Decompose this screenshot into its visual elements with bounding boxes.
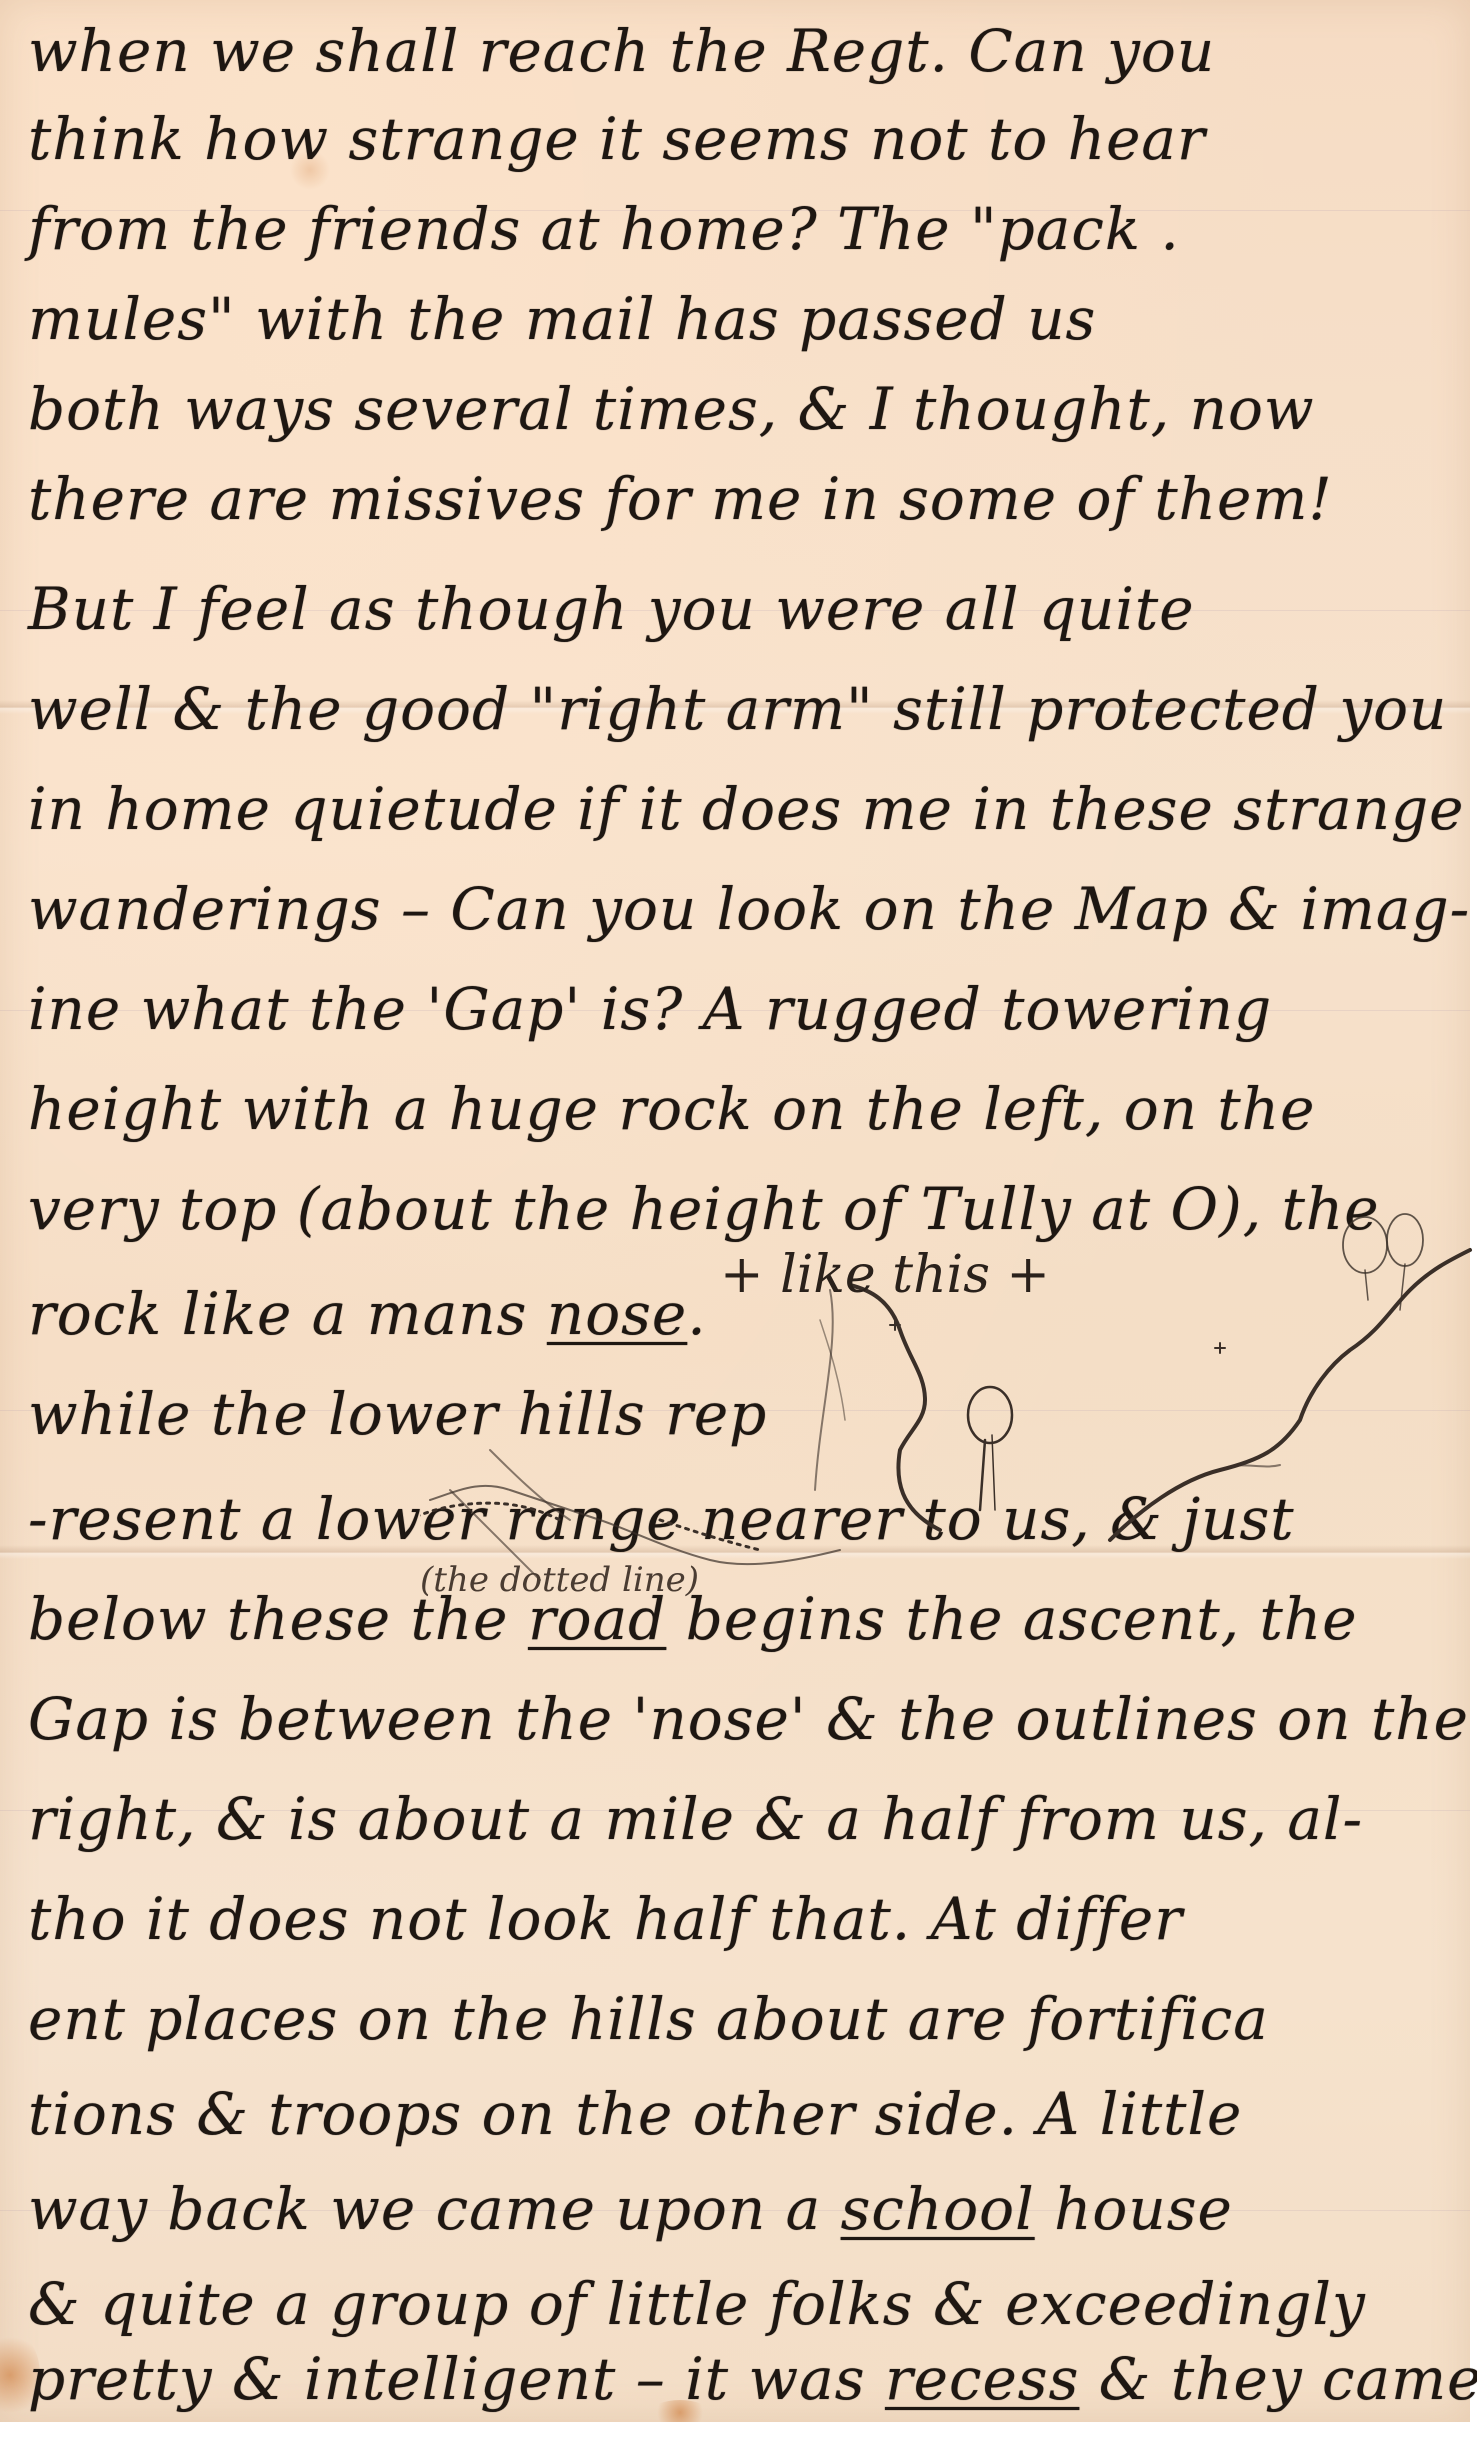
text-line: pretty & intelligent – it was recess & t…	[28, 2350, 1477, 2408]
text-line: & quite a group of little folks & exceed…	[28, 2275, 1366, 2333]
text-line: right, & is about a mile & a half from u…	[28, 1790, 1363, 1848]
sketch-caption: + like this +	[720, 1245, 1050, 1305]
text-line: Gap is between the 'nose' & the outlines…	[28, 1690, 1469, 1748]
text-line: mules" with the mail has passed us	[28, 290, 1096, 348]
text-line: both ways several times, & I thought, no…	[28, 380, 1315, 438]
interlinear-note: (the dotted line)	[420, 1560, 699, 1600]
text-line: But I feel as though you were all quite	[28, 580, 1195, 638]
text-line: think how strange it seems not to hear	[28, 110, 1206, 168]
text-segment: begins the ascent, the	[666, 1585, 1357, 1653]
text-segment: & they came	[1079, 2345, 1477, 2413]
text-segment: house	[1035, 2175, 1233, 2243]
text-line: ine what the 'Gap' is? A rugged towering	[28, 980, 1272, 1038]
text-line: well & the good "right arm" still protec…	[28, 680, 1447, 738]
text-line: way back we came upon a school house	[28, 2180, 1233, 2238]
underlined-word: school	[841, 2175, 1035, 2243]
text-line: when we shall reach the Regt. Can you	[28, 22, 1215, 80]
text-line: height with a huge rock on the left, on …	[28, 1080, 1315, 1138]
text-line: from the friends at home? The "pack .	[28, 200, 1180, 258]
text-line: tions & troops on the other side. A litt…	[28, 2085, 1242, 2143]
text-line: tho it does not look half that. At diffe…	[28, 1890, 1183, 1948]
text-line: wanderings – Can you look on the Map & i…	[28, 880, 1470, 938]
text-segment: way back we came upon a	[28, 2175, 841, 2243]
letter-page: when we shall reach the Regt. Can you th…	[0, 0, 1470, 2422]
text-line: ent places on the hills about are fortif…	[28, 1990, 1269, 2048]
underlined-word: recess	[885, 2345, 1079, 2413]
text-line: in home quietude if it does me in these …	[28, 780, 1464, 838]
page-margin	[0, 2422, 1477, 2442]
text-line: there are missives for me in some of the…	[28, 470, 1333, 528]
text-segment: pretty & intelligent – it was	[28, 2345, 885, 2413]
